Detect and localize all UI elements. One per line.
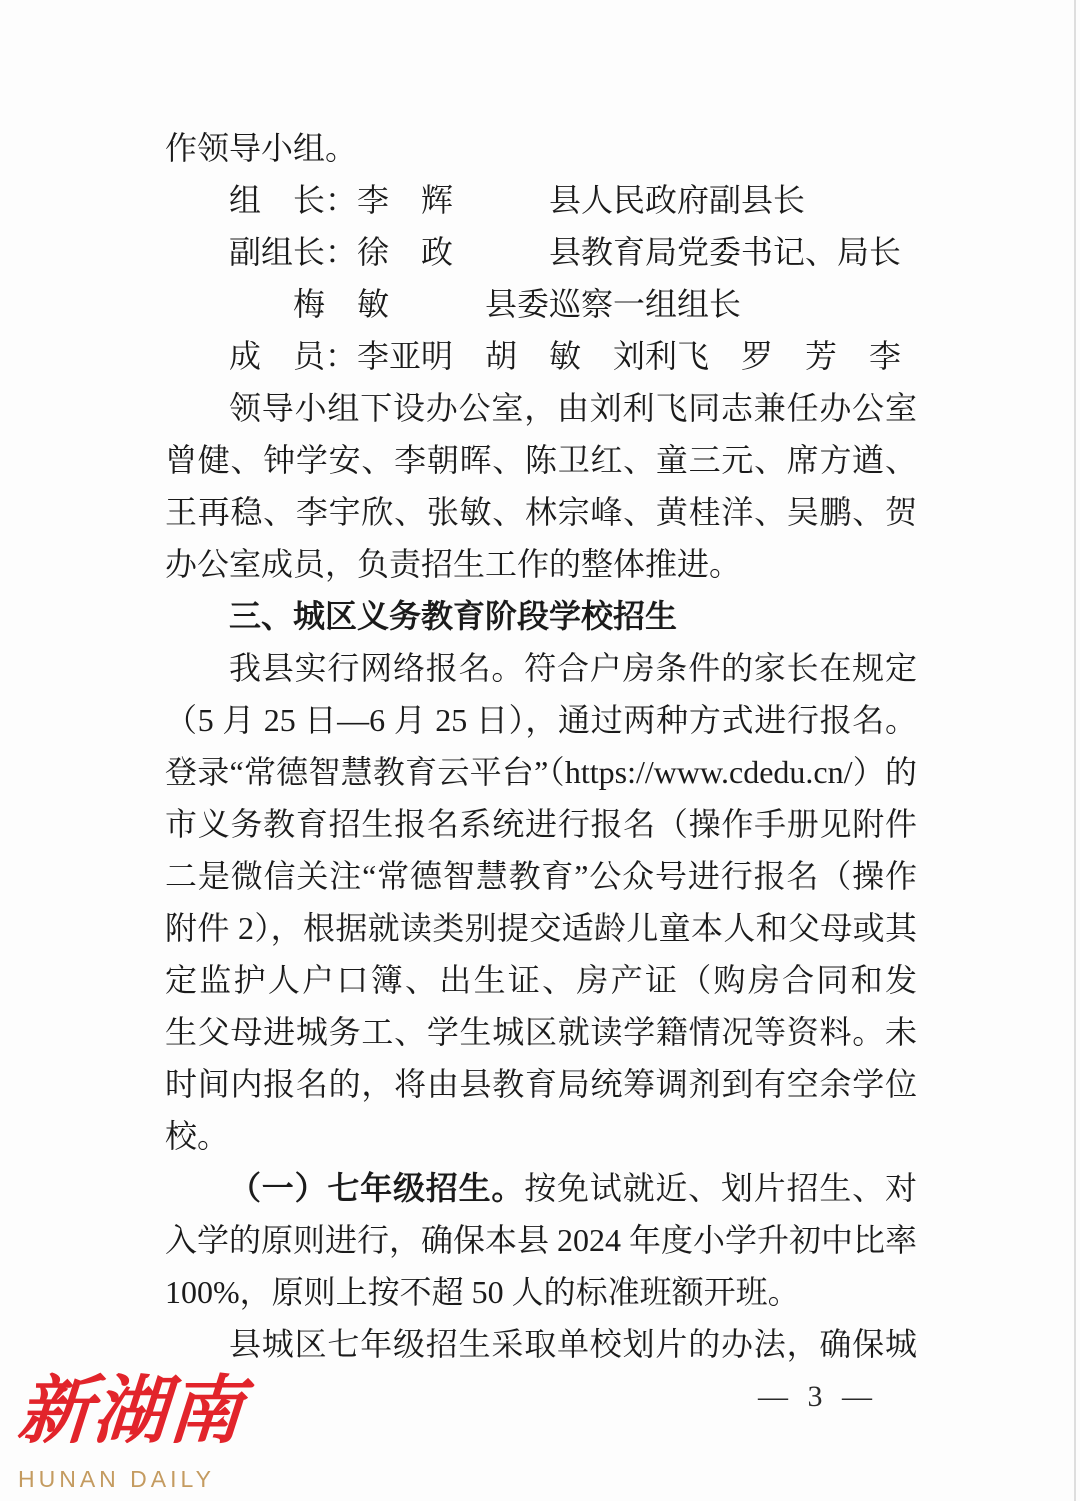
text-line: 时间内报名的，将由县教育局统筹调剂到有空余学位的学 — [165, 1058, 917, 1110]
text-line: 副组长：徐 政 县教育局党委书记、局长 — [165, 226, 917, 278]
text-line: 市义务教育招生报名系统进行报名（操作手册见附件 1）； — [165, 798, 917, 850]
logo-chinese-text: 新湖南 — [15, 1362, 252, 1462]
text-line: 办公室成员，负责招生工作的整体推进。 — [165, 538, 917, 590]
text-line: 入学的原则进行，确保本县 2024 年度小学升初中比率达 — [165, 1214, 917, 1266]
document-body: 作领导小组。组 长：李 辉 县人民政府副县长副组长：徐 政 县教育局党委书记、局… — [165, 122, 917, 1370]
text-line: 组 长：李 辉 县人民政府副县长 — [165, 174, 917, 226]
bold-text-segment: （一）七年级招生。 — [229, 1170, 524, 1206]
text-line: 梅 敏 县委巡察一组组长 — [165, 278, 917, 330]
text-line: 领导小组下设办公室，由刘利飞同志兼任办公室主任， — [165, 382, 917, 434]
text-line: 王再稳、李宇欣、张敏、林宗峰、黄桂洋、吴鹏、贺湘涛为 — [165, 486, 917, 538]
scan-artifact-line — [1074, 0, 1076, 1501]
text-line: 成 员：李亚明 胡 敏 刘利飞 罗 芳 李焕新 — [165, 330, 917, 382]
text-line: （5 月 25 日—6 月 25 日），通过两种方式进行报名。一是 — [165, 694, 917, 746]
text-line: 100%，原则上按不超 50 人的标准班额开班。 — [165, 1266, 917, 1318]
logo-english-text: HUNAN DAILY — [18, 1466, 248, 1493]
text-line: 三、城区义务教育阶段学校招生 — [165, 590, 917, 642]
hunan-daily-logo: 新湖南 HUNAN DAILY — [18, 1362, 248, 1493]
text-line: 定监护人户口簿、出生证、房产证（购房合同和发票）、学 — [165, 954, 917, 1006]
text-line: 生父母进城务工、学生城区就读学籍情况等资料。未在规定 — [165, 1006, 917, 1058]
text-line: 县城区七年级招生采取单校划片的办法，确保城区小学 — [165, 1318, 917, 1370]
text-line: 曾健、钟学安、李朝晖、陈卫红、童三元、席方遒、饶志丰、 — [165, 434, 917, 486]
text-line: 附件 2），根据就读类别提交适龄儿童本人和父母或其他法 — [165, 902, 917, 954]
text-line: 作领导小组。 — [165, 122, 917, 174]
text-line: （一）七年级招生。按免试就近、划片招生、对口直升 — [165, 1162, 917, 1214]
text-line: 校。 — [165, 1110, 917, 1162]
text-line: 我县实行网络报名。符合户房条件的家长在规定时间内 — [165, 642, 917, 694]
page-number: — 3 — — [758, 1380, 878, 1414]
text-line: 二是微信关注“常德智慧教育”公众号进行报名（操作手册见 — [165, 850, 917, 902]
text-line: 登录“常德智慧教育云平台”（https://www.cdedu.cn/）的常德 — [165, 746, 917, 798]
